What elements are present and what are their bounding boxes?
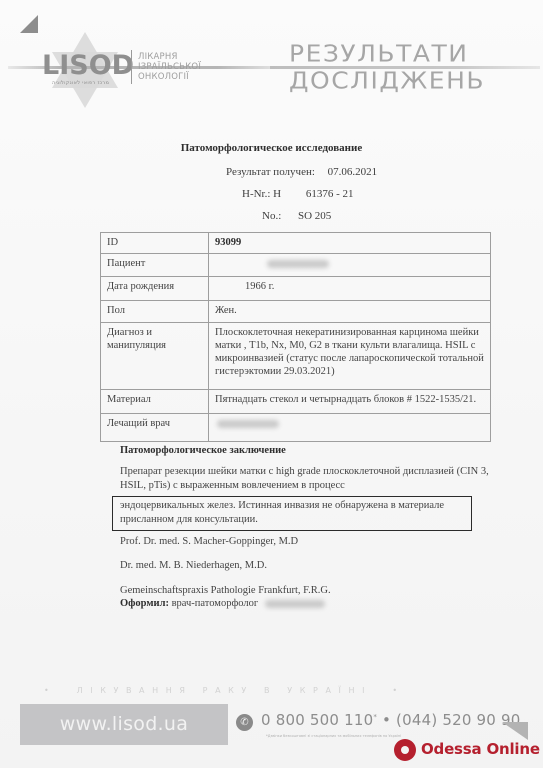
- row-value: 1966 г.: [209, 277, 491, 301]
- row-value: Жен.: [209, 301, 491, 323]
- logo-subtitle-line: ЛІКАРНЯ: [138, 52, 201, 62]
- website-link[interactable]: www.lisod.ua: [20, 704, 228, 745]
- phone-footnote: *Дзвінки безкоштовні зі стаціонарних та …: [266, 734, 401, 738]
- row-label: Пациент: [101, 254, 209, 277]
- table-row: ID 93099: [101, 233, 491, 254]
- row-label: Диагноз и манипуляция: [101, 323, 209, 390]
- row-label: Лечащий врач: [101, 414, 209, 442]
- slogan-text: ЛІКУВАННЯ РАКУ В УКРАЇНІ: [77, 686, 372, 695]
- logo-subtitle-line: ІЗРАЇЛЬСЬКОЇ: [138, 62, 201, 72]
- conclusion-boxed-text: эндоцервикальных желез. Истинная инвазия…: [120, 499, 470, 526]
- redacted-patient-name: [267, 260, 329, 268]
- redacted-doctor-name: [217, 420, 279, 428]
- row-value-redacted: [209, 254, 491, 277]
- prepared-by-label: Оформил:: [120, 598, 169, 609]
- footnote-mark: *: [373, 713, 377, 721]
- header-title-line-2: ДОСЛІДЖЕНЬ: [289, 69, 485, 92]
- phone-icon: ✆: [236, 714, 253, 731]
- case-no-value: SO 205: [298, 210, 331, 222]
- row-value: Плоскоклеточная некератинизированная кар…: [209, 323, 491, 390]
- watermark-text: Odessa Online: [421, 740, 540, 758]
- table-row: Пол Жен.: [101, 301, 491, 323]
- logo-subtitle: ЛІКАРНЯ ІЗРАЇЛЬСЬКОЇ ОНКОЛОГІЇ: [138, 52, 201, 82]
- row-label: Пол: [101, 301, 209, 323]
- phone-free[interactable]: 0 800 500 110: [261, 711, 373, 729]
- patient-info-table: ID 93099 Пациент Дата рождения 1966 г. П…: [100, 232, 491, 442]
- signature-2: Dr. med. M. B. Niederhagen, M.D.: [120, 560, 267, 571]
- row-label: ID: [101, 233, 209, 254]
- table-row: Лечащий врач: [101, 414, 491, 442]
- h-nr: H-Nr.: H 61376 - 21: [242, 188, 354, 200]
- table-row: Материал Пятнадцать стекол и четырнадцат…: [101, 390, 491, 414]
- h-nr-label: H-Nr.: H: [242, 188, 281, 200]
- h-nr-value: 61376 - 21: [306, 188, 354, 200]
- lisod-logo: LISOD: [42, 52, 134, 79]
- conclusion-heading: Патоморфологическое заключение: [120, 445, 286, 456]
- logo-separator: [131, 50, 132, 84]
- logo-hebrew-tagline: מרכז רפואי לאונקולוגיה: [52, 80, 109, 86]
- result-date: Результат получен: 07.06.2021: [226, 166, 377, 178]
- header-title-line-1: РЕЗУЛЬТАТИ: [289, 42, 468, 65]
- corner-triangle-icon: [502, 722, 528, 740]
- slogan-dot: •: [392, 686, 404, 695]
- table-row: Дата рождения 1966 г.: [101, 277, 491, 301]
- prepared-by-value: врач-патоморфолог: [172, 598, 259, 609]
- odessa-online-logo-icon: [394, 739, 416, 761]
- phone-numbers: 0 800 500 110* • (044) 520 90 90: [261, 711, 521, 729]
- row-value: 93099: [209, 233, 491, 254]
- table-row: Диагноз и манипуляция Плоскоклеточная не…: [101, 323, 491, 390]
- case-no: No.: SO 205: [262, 210, 331, 222]
- conclusion-text: Препарат резекции шейки матки с high gra…: [120, 465, 490, 492]
- signature-1: Prof. Dr. med. S. Macher-Goppinger, M.D: [120, 536, 298, 547]
- logo-subtitle-line: ОНКОЛОГІЇ: [138, 72, 201, 82]
- table-row: Пациент: [101, 254, 491, 277]
- result-date-value: 07.06.2021: [328, 166, 378, 178]
- row-label: Материал: [101, 390, 209, 414]
- signature-practice: Gemeinschaftspraxis Pathologie Frankfurt…: [120, 585, 331, 596]
- redacted-pathologist-name: [265, 600, 325, 608]
- prepared-by: Оформил: врач-патоморфолог: [120, 598, 325, 609]
- row-label: Дата рождения: [101, 277, 209, 301]
- row-value: Пятнадцать стекол и четырнадцать блоков …: [209, 390, 491, 414]
- phone-separator: •: [382, 711, 391, 729]
- document-page: LISOD מרכז רפואי לאונקולוגיה ЛІКАРНЯ ІЗР…: [0, 0, 543, 768]
- slogan-dot: •: [44, 686, 56, 695]
- document-title: Патоморфологическое исследование: [0, 142, 543, 154]
- row-value-redacted: [209, 414, 491, 442]
- corner-triangle-icon: [20, 15, 38, 33]
- case-no-label: No.:: [262, 210, 281, 222]
- result-date-label: Результат получен:: [226, 166, 315, 178]
- footer-slogan: • ЛІКУВАННЯ РАКУ В УКРАЇНІ •: [44, 686, 504, 695]
